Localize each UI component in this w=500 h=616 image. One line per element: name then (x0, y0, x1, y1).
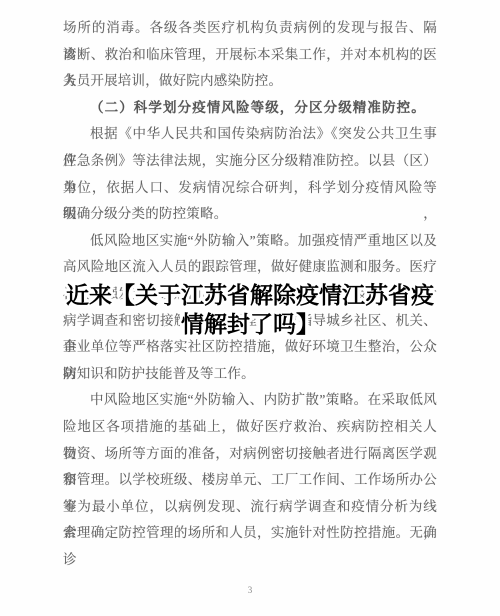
text-line: 人员开展培训，做好院内感染防控。 (63, 68, 437, 95)
text-line: 等为最小单位，以病例发现、流行病学调查和疫情分析为线索， (63, 494, 437, 521)
scanned-document-page: 场所的消毒。各级各类医疗机构负责病例的发现与报告、隔离、诊断、救治和临床管理，开… (0, 0, 500, 616)
text-line: 合理确定防控管理的场所和人员，实施针对性防控措施。无确诊 (63, 520, 437, 547)
text-line: 诊断、救治和临床管理，开展标本采集工作，并对本机构的医务 (63, 42, 437, 69)
text-line: 根据《中华人民共和国传染病防治法》《突发公共卫生事件 (63, 121, 437, 148)
text-line: 高风险地区流入人员的跟踪管理，做好健康监测和服务。医疗机 (63, 254, 437, 281)
watermark-caption-text: 近来【关于江苏省解除疫情江苏省疫情解封了吗】 (58, 281, 442, 339)
text-line: 应急条例》等法律法规，实施分区分级精准防控。以县（区）为 (63, 148, 437, 175)
text-line: 单位，依据人口、发病情况综合研判，科学划分疫情风险等级， (63, 175, 437, 202)
text-line: 低风险地区实施“外防输入”策略。加强疫情严重地区以及 (63, 228, 437, 255)
text-line: 物资、场所等方面的准备，对病例密切接触者进行隔离医学观察 (63, 441, 437, 468)
text-line: 和管理。以学校班级、楼房单元、工厂工作间、工作场所办公室 (63, 467, 437, 494)
text-line: 场所的消毒。各级各类医疗机构负责病例的发现与报告、隔离、 (63, 15, 437, 42)
text-line: 中风险地区实施“外防输入、内防扩散”策略。在采取低风 (63, 387, 437, 414)
page-number: 3 (0, 585, 500, 595)
text-line: 病知识和防护技能普及等工作。 (63, 361, 437, 388)
text-line: 险地区各项措施的基础上，做好医疗救治、疾病防控相关人员、 (63, 414, 437, 441)
heading-line: （二）科学划分疫情风险等级，分区分级精准防控。 (63, 95, 437, 122)
